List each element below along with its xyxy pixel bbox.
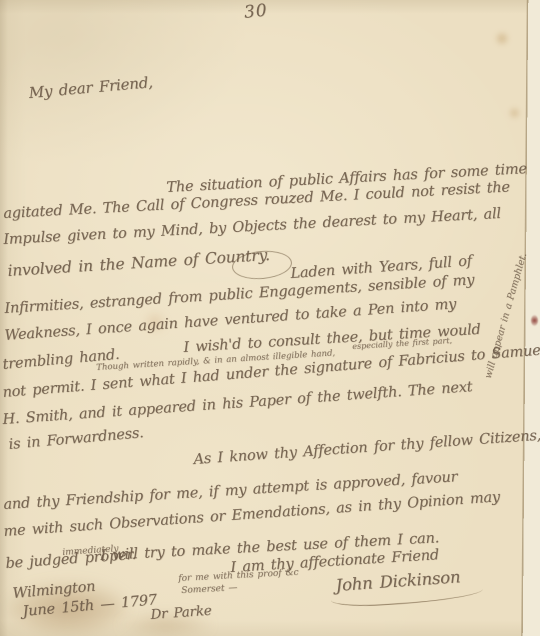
letter-scan: 30 My dear Friend, The situation of publ…: [0, 0, 540, 636]
page-number: 30: [243, 1, 269, 23]
